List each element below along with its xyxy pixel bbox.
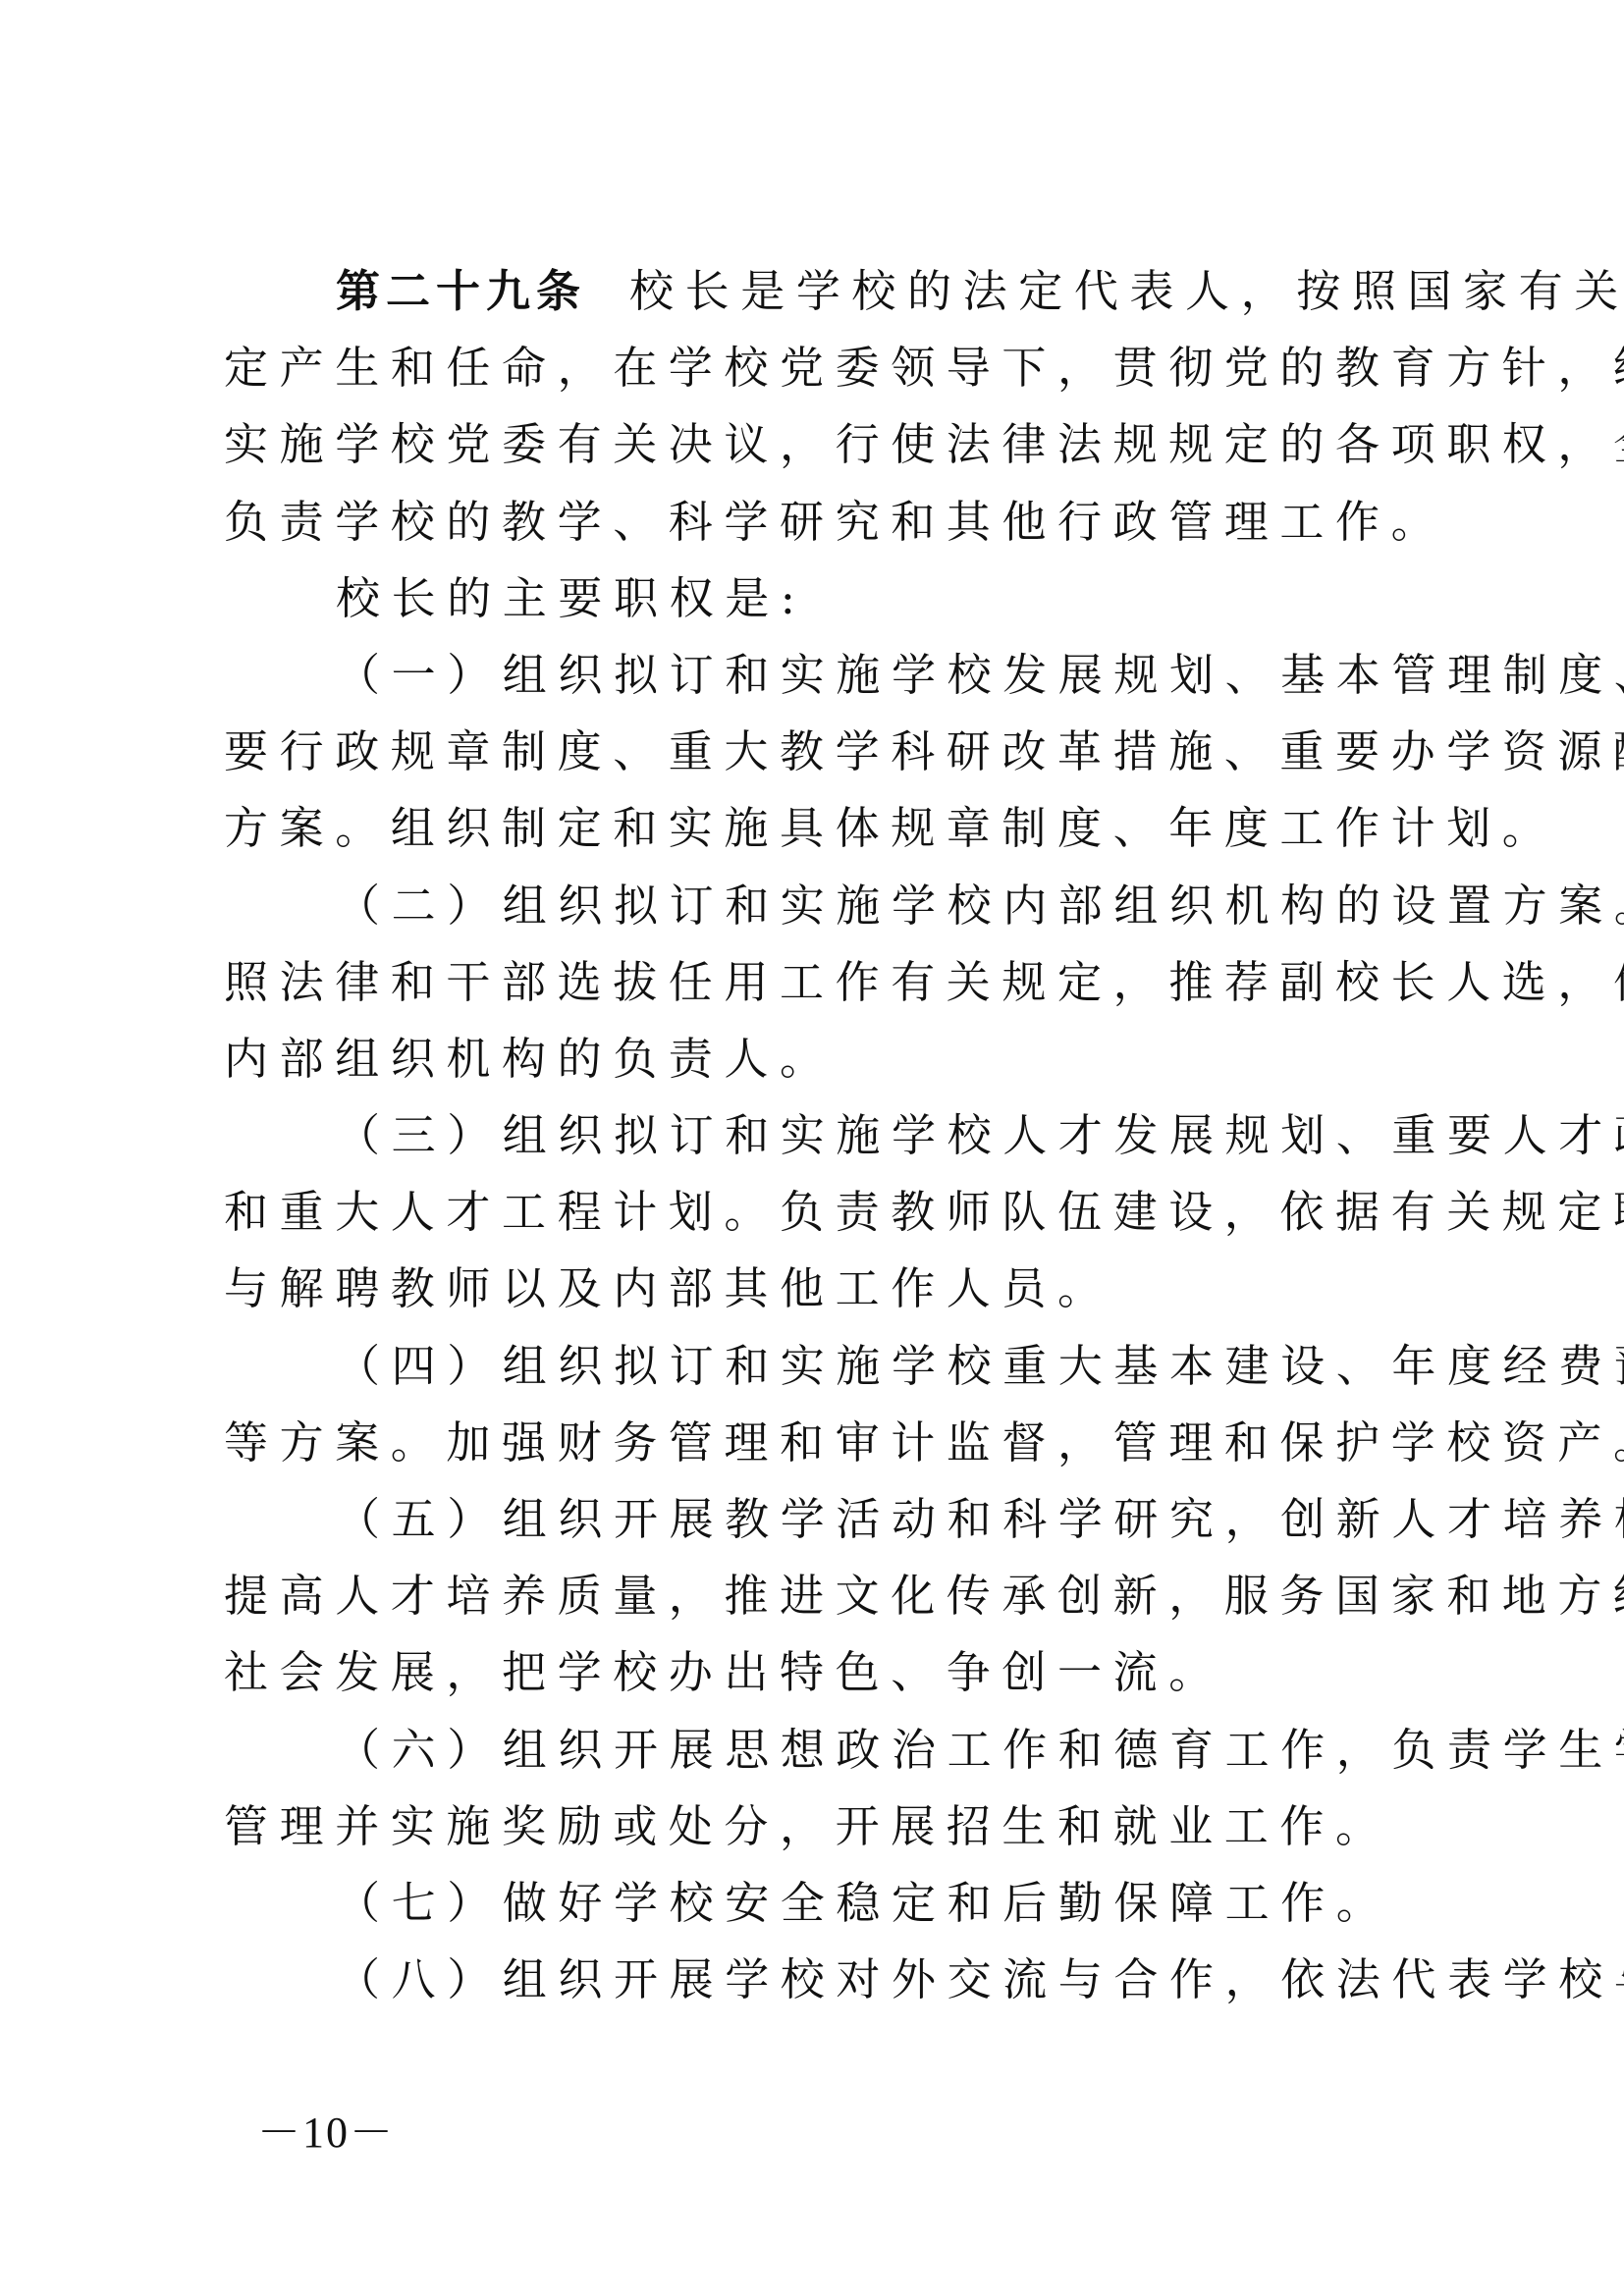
item-line: （四）组织拟订和实施学校重大基本建设、年度经费预算 [224,1328,1406,1405]
item-line: 社会发展，把学校办出特色、争创一流。 [224,1634,1406,1711]
item-line: 方案。组织制定和实施具体规章制度、年度工作计划。 [224,790,1406,867]
item-line: （三）组织拟订和实施学校人才发展规划、重要人才政策 [224,1097,1406,1174]
item-line: 照法律和干部选拔任用工作有关规定，推荐副校长人选，任免 [224,944,1406,1021]
item-line: 与解聘教师以及内部其他工作人员。 [224,1251,1406,1327]
item-line: （六）组织开展思想政治工作和德育工作，负责学生学籍 [224,1712,1406,1789]
item-line: 等方案。加强财务管理和审计监督，管理和保护学校资产。 [224,1405,1406,1481]
article-line: 定产生和任命，在学校党委领导下，贯彻党的教育方针，组织 [224,330,1406,406]
item-line: （八）组织开展学校对外交流与合作，依法代表学校与各 [224,1942,1406,2018]
item-line: 提高人才培养质量，推进文化传承创新，服务国家和地方经济 [224,1558,1406,1634]
article-line: 负责学校的教学、科学研究和其他行政管理工作。 [224,484,1406,561]
article-first-line: 第二十九条校长是学校的法定代表人，按照国家有关规 [224,253,1406,330]
body-text: 第二十九条校长是学校的法定代表人，按照国家有关规 定产生和任命，在学校党委领导下… [224,253,1406,2018]
item-line: （五）组织开展教学活动和科学研究，创新人才培养机制， [224,1481,1406,1558]
document-page: 第二十九条校长是学校的法定代表人，按照国家有关规 定产生和任命，在学校党委领导下… [0,0,1624,2296]
article-line: 实施学校党委有关决议，行使法律法规规定的各项职权，全面 [224,406,1406,483]
item-line: 要行政规章制度、重大教学科研改革措施、重要办学资源配置 [224,714,1406,790]
item-line: 管理并实施奖励或处分，开展招生和就业工作。 [224,1789,1406,1865]
item-line: （七）做好学校安全稳定和后勤保障工作。 [224,1865,1406,1942]
powers-intro: 校长的主要职权是: [224,561,1406,637]
item-line: （二）组织拟订和实施学校内部组织机构的设置方案。按 [224,868,1406,944]
item-line: 和重大人才工程计划。负责教师队伍建设，依据有关规定聘任 [224,1174,1406,1251]
page-number: －10－ [257,2097,395,2160]
item-line: （一）组织拟订和实施学校发展规划、基本管理制度、重 [224,637,1406,714]
item-line: 内部组织机构的负责人。 [224,1021,1406,1097]
article-text: 校长是学校的法定代表人，按照国家有关规 [629,265,1624,317]
article-heading: 第二十九条 [336,265,586,317]
